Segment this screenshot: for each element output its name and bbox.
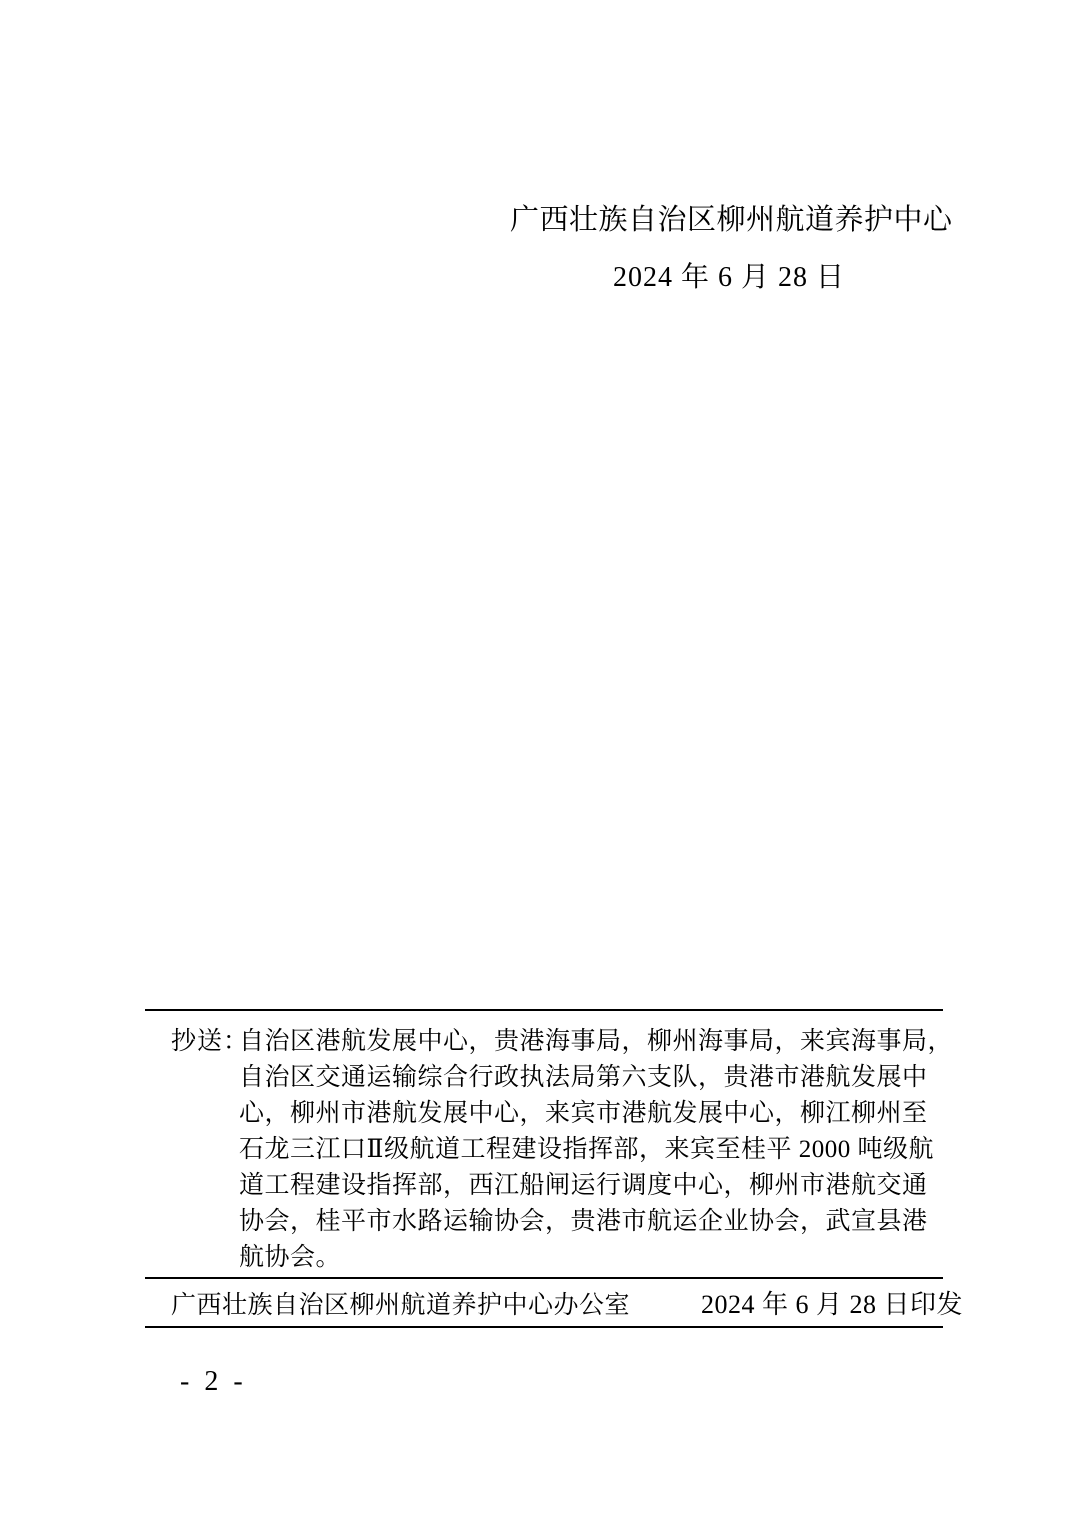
cc-line: 石龙三江口Ⅱ级航道工程建设指挥部，来宾至桂平 2000 吨级航 (239, 1132, 953, 1168)
signature-block: 广西壮族自治区柳州航道养护中心 2024 年 6 月 28 日 (510, 197, 948, 295)
print-date: 2024 年 6 月 28 日印发 (701, 1284, 963, 1321)
cc-line: 航协会。 (239, 1240, 953, 1276)
document-page: 广西壮族自治区柳州航道养护中心 2024 年 6 月 28 日 抄送： 自治区港… (0, 0, 1080, 1527)
signature-org: 广西壮族自治区柳州航道养护中心 (510, 197, 948, 238)
colophon-block: 抄送： 自治区港航发展中心，贵港海事局，柳州海事局，来宾海事局， 自治区交通运输… (145, 1009, 943, 1328)
cc-label: 抄送： (171, 1024, 239, 1060)
cc-recipient-list: 自治区港航发展中心，贵港海事局，柳州海事局，来宾海事局， 自治区交通运输综合行政… (239, 1024, 953, 1276)
page-number: - 2 - (180, 1366, 247, 1398)
cc-line: 协会，桂平市水路运输协会，贵港市航运企业协会，武宣县港 (239, 1204, 953, 1240)
cc-line: 道工程建设指挥部，西江船闸运行调度中心，柳州市港航交通 (239, 1168, 953, 1204)
divider-bottom (145, 1326, 943, 1328)
cc-line: 自治区交通运输综合行政执法局第六支队，贵港市港航发展中 (239, 1060, 953, 1096)
cc-section: 抄送： 自治区港航发展中心，贵港海事局，柳州海事局，来宾海事局， 自治区交通运输… (145, 1011, 943, 1277)
cc-line: 心，柳州市港航发展中心，来宾市港航发展中心，柳江柳州至 (239, 1096, 953, 1132)
issuing-office: 广西壮族自治区柳州航道养护中心办公室 (171, 1285, 630, 1321)
cc-line: 自治区港航发展中心，贵港海事局，柳州海事局，来宾海事局， (239, 1024, 953, 1060)
signature-date: 2024 年 6 月 28 日 (510, 255, 948, 295)
issuer-row: 广西壮族自治区柳州航道养护中心办公室 2024 年 6 月 28 日印发 (145, 1279, 943, 1326)
